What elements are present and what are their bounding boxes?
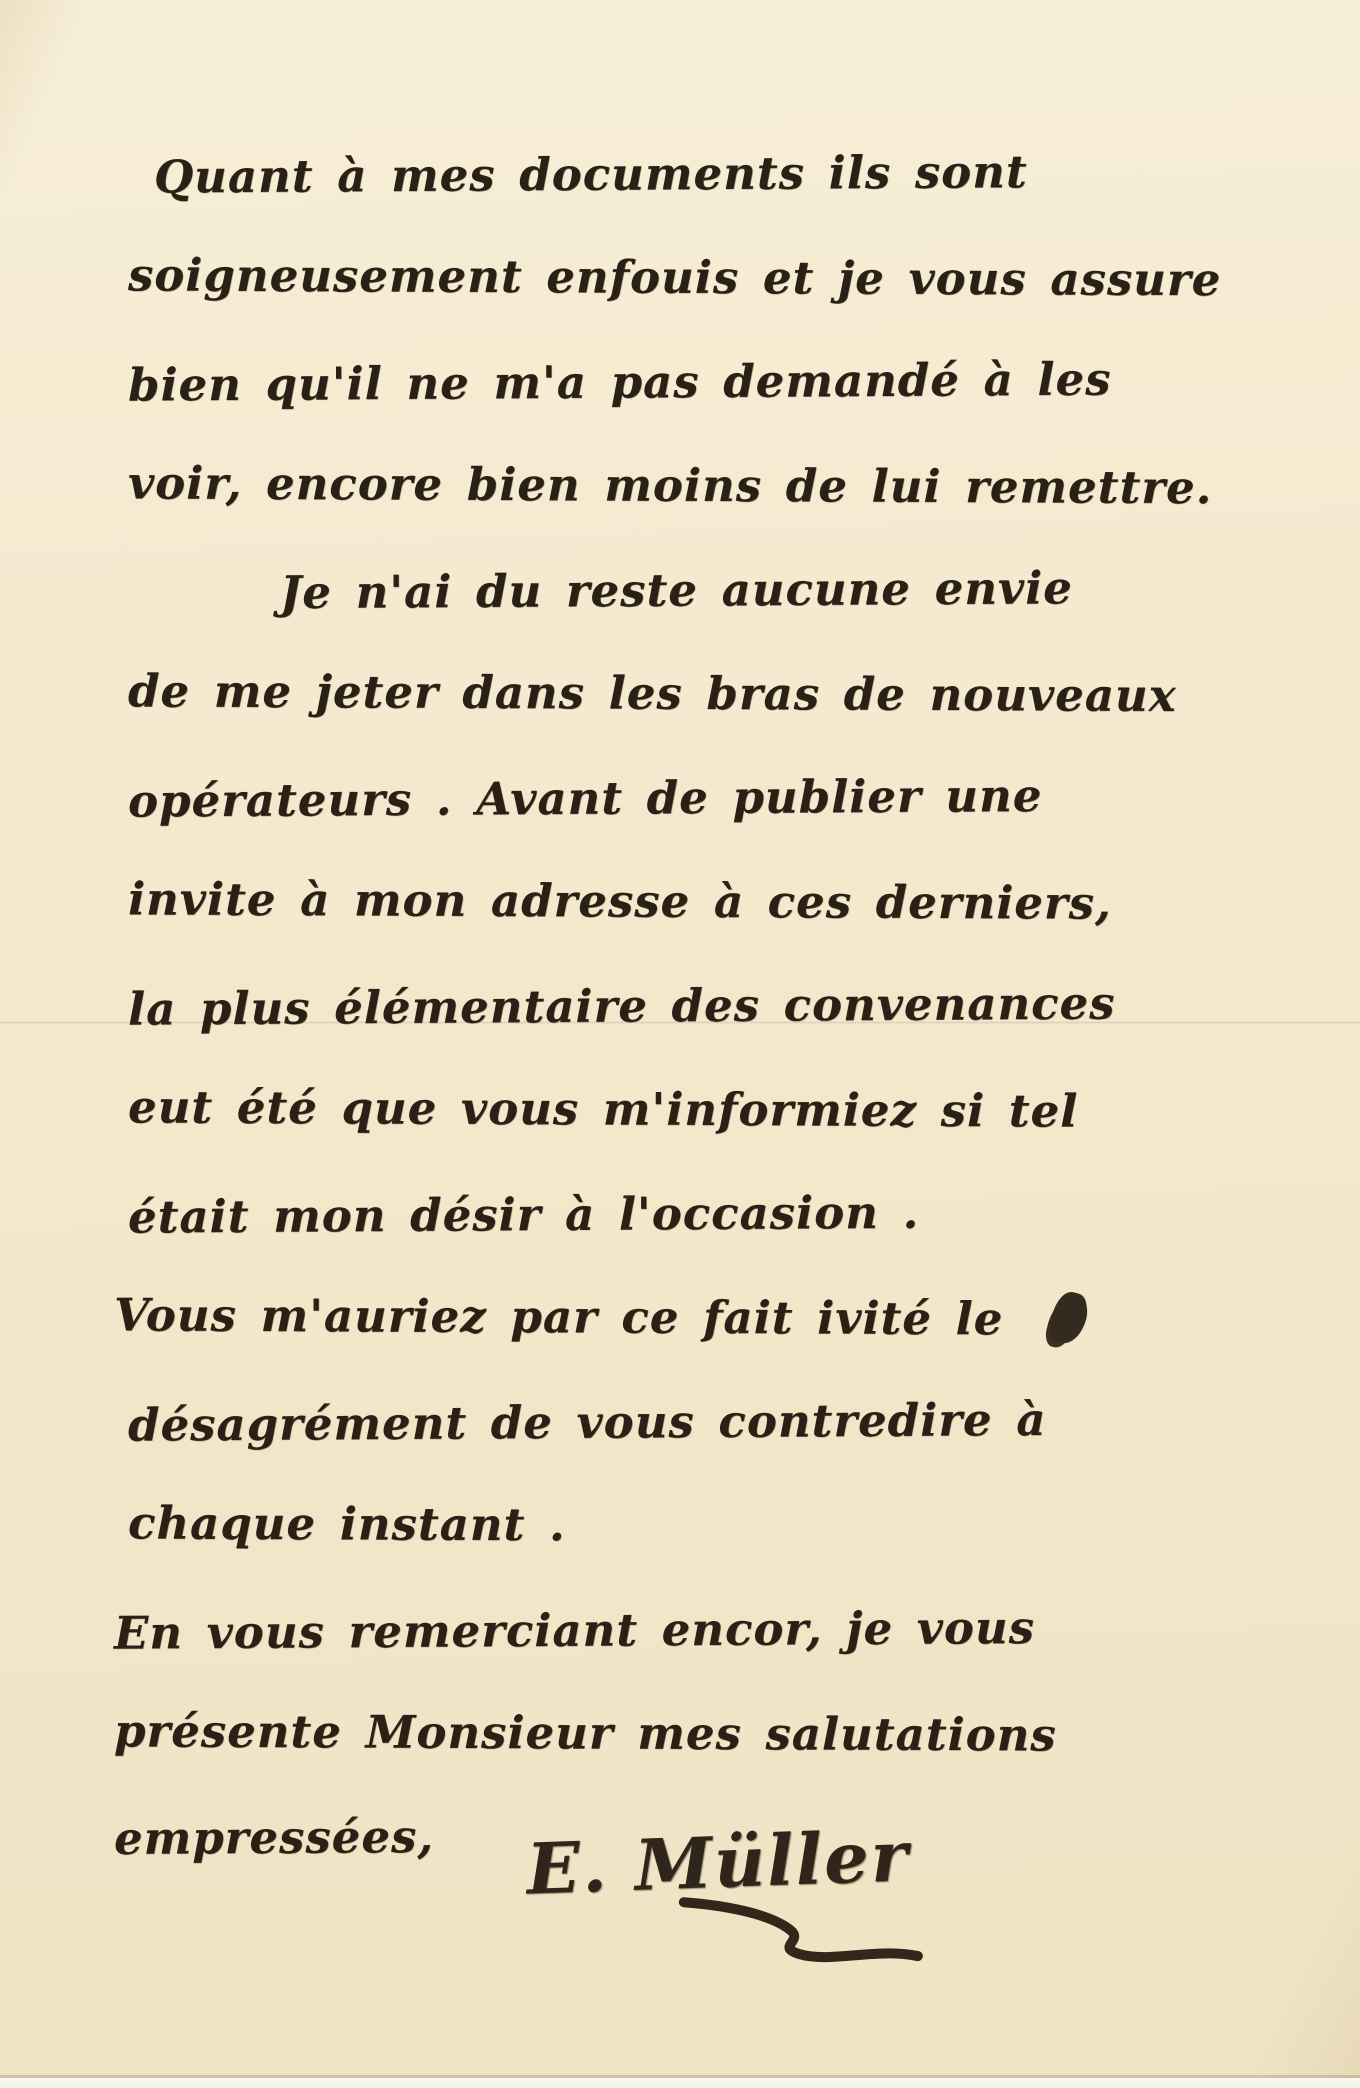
letter-line: Vous m'auriez par ce fait ivité le bbox=[114, 1263, 1310, 1372]
letter-line: présente Monsieur mes salutations bbox=[114, 1679, 1310, 1788]
letter-line: invite à mon adresse à ces derniers, bbox=[128, 847, 1310, 956]
closing-word: empressées, bbox=[114, 1785, 435, 1891]
letter-line: chaque instant . bbox=[128, 1471, 1310, 1580]
signature-block: E. Müller bbox=[525, 1814, 911, 1910]
paper-bottom-edge bbox=[0, 2078, 1360, 2088]
letter-line: désagrément de vous contredire à bbox=[128, 1366, 1311, 1477]
letter-line: soigneusement enfouis et je vous assure bbox=[128, 223, 1310, 332]
letter-line: la plus élémentaire des convenances bbox=[128, 950, 1311, 1061]
letter-line: Quant à mes documents ils sont bbox=[154, 118, 1311, 229]
letter-line: eut été que vous m'informiez si tel bbox=[128, 1055, 1310, 1164]
letter-body: Quant à mes documents ils sont soigneuse… bbox=[128, 122, 1310, 1890]
closing-row: empressées, E. Müller bbox=[128, 1786, 1310, 1890]
letter-line: En vous remerciant encor, je vous bbox=[114, 1574, 1311, 1685]
letter-line: opérateurs . Avant de publier une bbox=[128, 742, 1311, 853]
letter-line: voir, encore bien moins de lui remettre. bbox=[128, 431, 1310, 540]
letter-line: Je n'ai du reste aucune envie bbox=[280, 535, 1311, 645]
letter-line: de me jeter dans les bras de nouveaux bbox=[128, 639, 1310, 748]
signature-flourish-icon bbox=[678, 1886, 931, 1975]
letter-line: était mon désir à l'occasion . bbox=[128, 1158, 1311, 1269]
letter-line: bien qu'il ne m'a pas demandé à les bbox=[128, 326, 1311, 437]
